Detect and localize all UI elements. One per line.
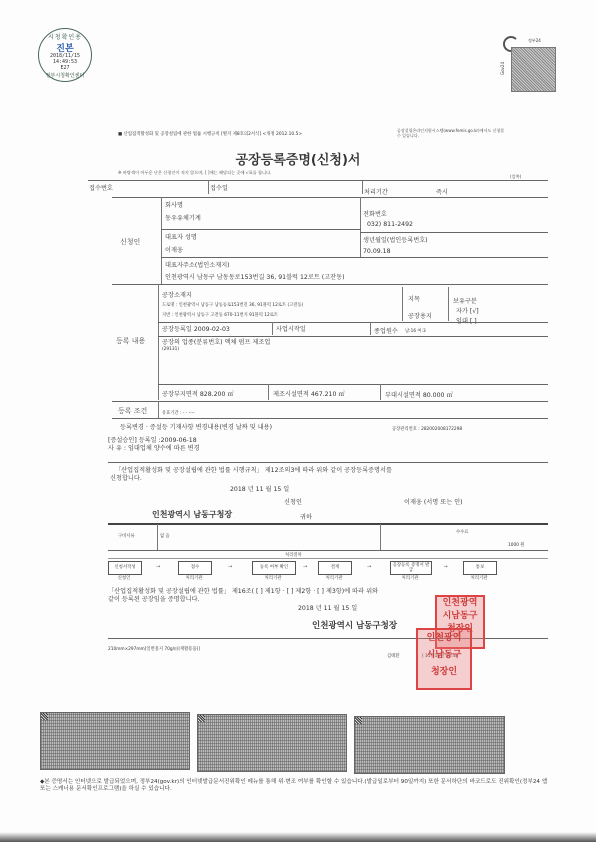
recipient: 인천광역시 남동구청장 [152, 509, 232, 520]
processing-period-label: 처리기간 [364, 187, 388, 196]
divider [380, 384, 381, 400]
fee-label: 수수료 [456, 529, 468, 535]
auxiliary-area: 부대시설면적 80.000 ㎡ [385, 390, 453, 399]
procedure-step-actor: 신청인 [108, 575, 140, 581]
verification-stamp: 시청확인용 진본 2018/11/15 14:49:53 E27 정부시청확인센… [38, 28, 92, 82]
online-note: 공장설립온라인지원시스템(www.femis.go.kr)에서도 신청할 수 있… [397, 128, 507, 138]
divider [360, 197, 361, 257]
procedure-step-actor: 처리기관 [318, 575, 350, 581]
paper-spec: 210mm×297mm[일반용지 70g/㎡(재활용품)] [108, 646, 200, 652]
company-label: 회사명 [165, 200, 183, 209]
law-reference: ■ 산업집적활성화 및 공장설립에 관한 법률 시행규칙 [별지 제8호의2서식… [118, 131, 302, 137]
divider [112, 418, 548, 419]
industry-code: (29131) [162, 347, 179, 352]
divider [108, 558, 548, 559]
divider [448, 287, 449, 321]
conditions-label: 등록 조건 [118, 406, 147, 416]
divider [158, 401, 159, 418]
divider [108, 462, 548, 463]
lot-address: 지번 : 인천광역시 남동구 고잔동 670-11번지 91블럭 12로트 [162, 312, 278, 318]
declaration-date: 2018 년 11 월 15 일 [230, 484, 289, 493]
arrow-right-icon: → [156, 564, 160, 570]
divider [88, 180, 548, 181]
ownership-label: 보유구분 [453, 296, 477, 305]
changes-label: 등록변경 · 증설등 기재사항 변경내용(변경 날짜 및 내용) [120, 422, 272, 431]
divider [112, 197, 548, 198]
registration-date: 공장등록일 2009-02-03 [162, 324, 230, 333]
phone-label: 전화번호 [363, 209, 387, 218]
receipt-date-label: 접수일 [210, 183, 228, 192]
location-label: 공장소재지 [162, 290, 192, 299]
declaration-line1: 「산업집적활성화 및 공장설립에 관한 법률 시행규칙」 제12조의3에 따라 … [115, 465, 392, 474]
document-title: 공장등록증명(신청)서 [0, 149, 596, 168]
divider [272, 322, 273, 335]
verification-barcode [197, 714, 347, 772]
applicant-section-label: 신청인 [120, 237, 140, 247]
documents-label: 구비서류 [118, 533, 135, 539]
divider [208, 180, 209, 194]
land-category-value: 공장용지 [408, 311, 432, 320]
ownership-lease: 임대 [ ] [456, 316, 477, 325]
certification-date: 2018 년 11 월 15 일 [298, 603, 357, 612]
procedure-step-actor: 처리기관 [252, 575, 294, 581]
divider [161, 197, 162, 284]
ownership-own: 자가 [√] [456, 306, 479, 315]
arrow-right-icon: → [228, 564, 232, 570]
validity-period: 유효기간 : - - ---- [162, 410, 195, 416]
representative-value: 이재웅 [165, 245, 183, 254]
land-category-label: 지목 [408, 294, 420, 303]
procedure-step-box: 공장등록 증명서 발급 [390, 561, 432, 575]
arrow-right-icon: → [303, 564, 307, 570]
divider [158, 284, 159, 400]
divider [402, 287, 403, 321]
declaration-line2: 신청합니다. [110, 473, 142, 482]
birthdate-value: 70.09.18 [363, 248, 391, 255]
processing-period-value: 즉시 [436, 187, 448, 196]
procedure-step-actor: 처리기관 [463, 575, 495, 581]
stamp-datetime: 2018/11/15 14:49:53 E27 [39, 53, 91, 71]
divider [108, 550, 548, 551]
company-value: 동우유체기계 [165, 213, 201, 222]
issuer: 인천광역시 남동구청장 [312, 619, 397, 631]
qr-side-label: Gov24 [500, 62, 505, 75]
applicant-signature: 이재웅 (서명 또는 인) [404, 497, 463, 506]
verification-barcode [40, 712, 190, 770]
official-seal: 인천광역 시남동구 청장인 [416, 628, 472, 690]
procedure-step-box: 접수 [178, 561, 212, 575]
factory-id: 공장관리번호 : 282002008172298 [392, 426, 462, 432]
registration-section-label: 등록 내용 [116, 336, 145, 346]
verification-barcode [354, 716, 505, 774]
procedure-step-actor: 처리기관 [178, 575, 210, 581]
divider [370, 322, 371, 335]
road-address: 도로명 : 인천광역시 남동구 남동동로153번길 36, 91블럭 12로트 … [162, 302, 303, 308]
officer-name: 김태환 [387, 653, 399, 659]
birthdate-label: 생년월일(법인등록번호) [363, 235, 428, 244]
procedure-step-box: 등록 여부 확인 [252, 561, 296, 575]
industry-label: 공장의 업종(분류번호) 액체 펌프 제조업 [162, 337, 270, 346]
certification-line2: 같이 등록된 공장임을 증명합니다. [108, 594, 200, 603]
divider [161, 257, 548, 258]
business-start-label: 사업시작일 [276, 324, 306, 333]
recipient-suffix: 귀하 [300, 512, 312, 521]
qr-label: 정부24 [528, 38, 541, 44]
manufacturing-area: 제조시설면적 467.210 ㎡ [273, 389, 345, 398]
documents-value: 없 음 [160, 533, 170, 539]
phone-value: 032) 811-2492 [367, 221, 413, 228]
scan-edge [0, 832, 596, 842]
divider [158, 322, 548, 323]
divider [268, 384, 269, 400]
footer-notice: ◆본 증명서는 인터넷으로 발급되었으며, 정부24(gov.kr)의 인터넷발… [40, 779, 550, 793]
divider [360, 232, 548, 233]
procedure-step-box: 통보 [463, 561, 497, 575]
divider [161, 229, 361, 230]
instruction-note: ※ 바탕색이 어두운 난은 신청인이 적지 않으며, [ ]에는 해당되는 곳에… [118, 170, 271, 176]
applicant-signature-label: 신청인 [284, 497, 302, 506]
site-area: 공장부지면적 828.200 ㎡ [162, 389, 234, 398]
divider [108, 523, 548, 525]
address-label: 대표자주소(법인소재지) [165, 260, 230, 269]
divider [362, 180, 363, 194]
arrow-right-icon: → [444, 564, 448, 570]
procedure-step-box: 결재 [318, 561, 352, 575]
divider [380, 524, 381, 550]
arrow-right-icon: → [367, 564, 371, 570]
fee-value: 1000 원 [508, 542, 524, 548]
address-value: 인천광역시 남동구 남동동로153번길 36, 91블럭 12로트 (고잔동) [165, 272, 345, 281]
divider [158, 384, 548, 385]
stamp-arc-top: 시청확인용 [39, 32, 91, 41]
employees-value: 남:16 여:3 [405, 328, 426, 334]
employees-label: 종업원수 [374, 326, 398, 335]
qr-code [511, 47, 556, 92]
divider [112, 284, 548, 285]
divider [157, 524, 158, 550]
divider [112, 401, 548, 402]
change-entry-line2: 사 유 : 임대업체 양수에 따른 변경 [108, 443, 200, 452]
stamp-arc-bottom: 정부시청확인센터 [39, 72, 91, 79]
procedure-step-actor: 처리기관 [390, 575, 430, 581]
procedure-step-box: 신청서작성 [108, 561, 142, 575]
receipt-number-label: 접수번호 [89, 183, 113, 192]
representative-label: 대표자 성명 [165, 232, 197, 241]
